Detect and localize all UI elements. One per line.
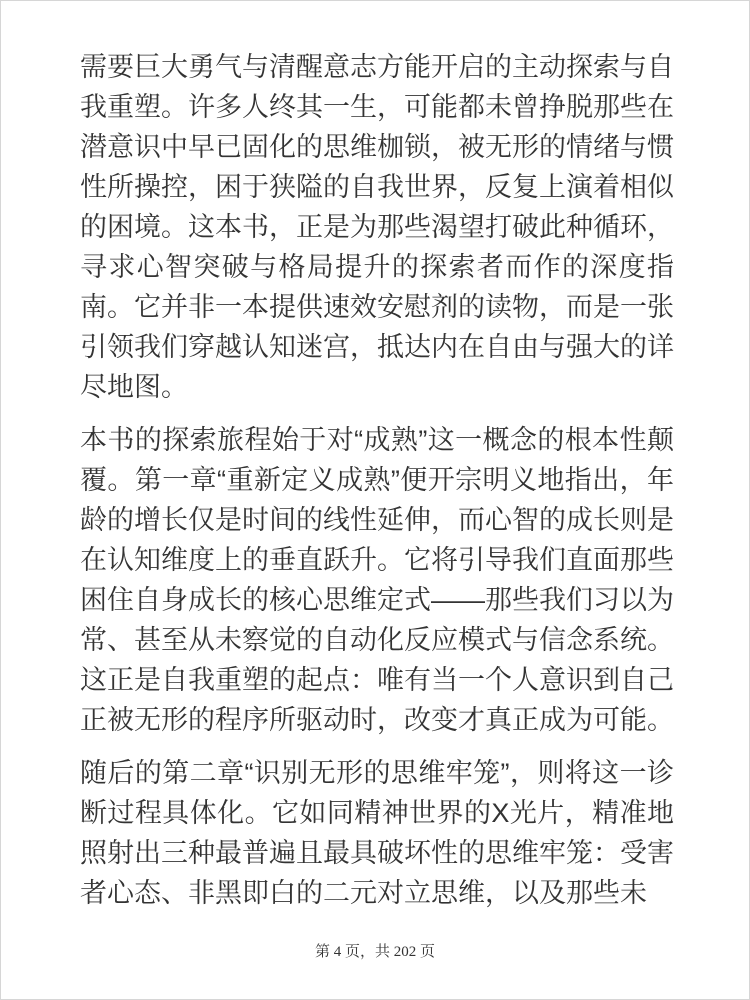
document-page: 需要巨大勇气与清醒意志方能开启的主动探索与自我重塑。许多人终其一生，可能都未曾挣… [0, 0, 750, 1000]
page-text-body: 需要巨大勇气与清醒意志方能开启的主动探索与自我重塑。许多人终其一生，可能都未曾挣… [80, 47, 674, 926]
paragraph: 本书的探索旅程始于对“成熟”这一概念的根本性颠覆。第一章“重新定义成熟”便开宗明… [80, 420, 674, 740]
page-number-footer: 第 4 页，共 202 页 [0, 942, 750, 962]
paragraph: 随后的第二章“识别无形的思维牢笼”，则将这一诊断过程具体化。它如同精神世界的X光… [80, 753, 674, 913]
paragraph: 需要巨大勇气与清醒意志方能开启的主动探索与自我重塑。许多人终其一生，可能都未曾挣… [80, 47, 674, 407]
